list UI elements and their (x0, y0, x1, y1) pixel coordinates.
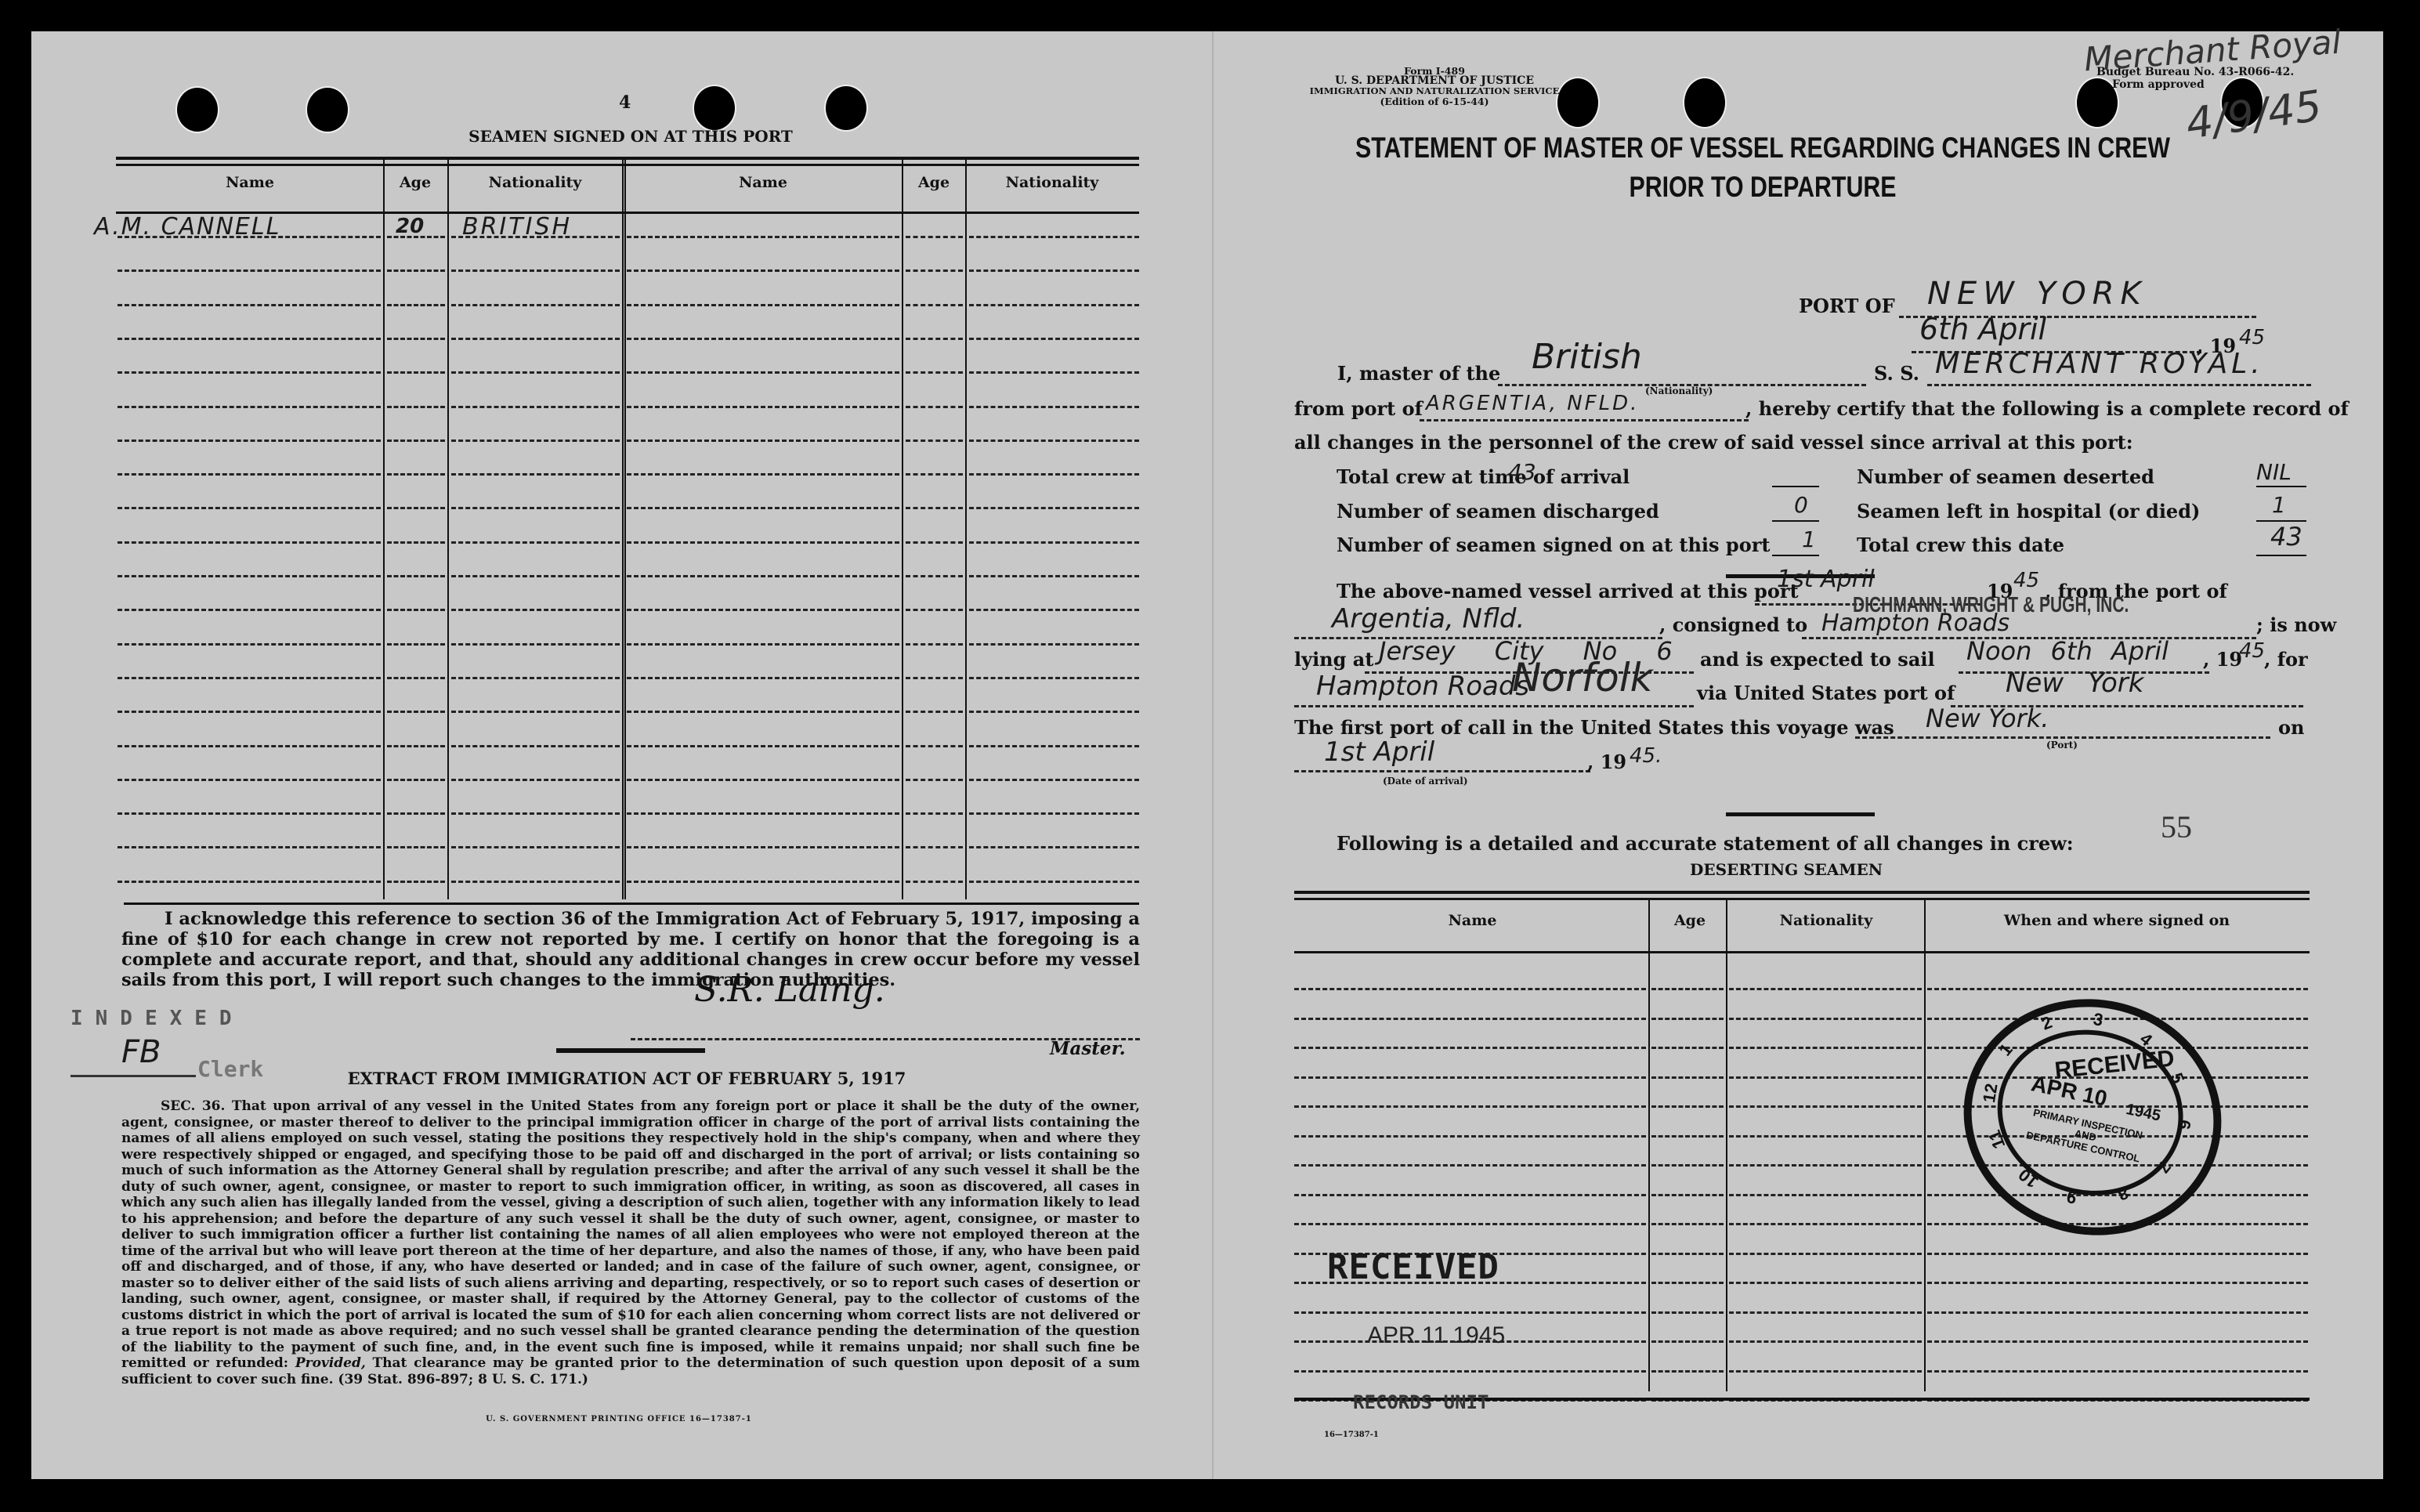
punch-hole-icon (826, 86, 866, 130)
date-value: 6th April (1919, 312, 2046, 346)
row-rule (627, 609, 899, 611)
sail-label: and is expected to sail (1700, 648, 1935, 671)
edition: (Edition of 6-15-44) (1297, 96, 1572, 107)
row-rule (451, 677, 620, 679)
column-header-nationality-2: Nationality (967, 174, 1138, 191)
row-rule (969, 406, 1139, 408)
table-bottom-rule (124, 902, 1139, 905)
sail-year-prefix: , 19 (2203, 648, 2242, 671)
master-label: Master. (1050, 1038, 1126, 1059)
destination-value: Hampton Roads (1316, 671, 1529, 702)
master-signature: S.R. Laing. (694, 970, 885, 1010)
via-value: New York (2006, 667, 2143, 699)
ss-label: S. S. (1874, 362, 1919, 385)
row-rule (451, 269, 620, 272)
first-port-value: New York. (1926, 704, 2049, 733)
row-rule (1927, 988, 2308, 990)
row-rule (118, 338, 381, 340)
ring-number: 2 (2039, 1012, 2056, 1035)
date-caption: (Date of arrival) (1383, 776, 1468, 787)
row-rule (969, 812, 1139, 815)
row-rule (1651, 1340, 1724, 1343)
printer-line: U. S. GOVERNMENT PRINTING OFFICE 16—1738… (415, 1415, 823, 1423)
form-header: Form I-489 U. S. DEPARTMENT OF JUSTICE I… (1297, 66, 1572, 107)
row-rule (627, 338, 899, 340)
ring-number: 8 (2114, 1181, 2131, 1204)
row-rule (1651, 1105, 1724, 1108)
certify-text-2: all changes in the personnel of the crew… (1294, 431, 2133, 454)
row-rule (906, 812, 963, 815)
row-rule (1729, 1164, 1922, 1167)
field-line (2256, 555, 2306, 556)
stat-label-signed-on: Number of seamen signed on at this port (1337, 534, 1770, 556)
row-rule (1294, 1105, 1646, 1108)
row-rule (1729, 988, 1922, 990)
ring-number: 3 (2092, 1009, 2104, 1031)
punch-hole-icon (177, 88, 218, 132)
extract-provided: Provided, (295, 1355, 366, 1371)
stat-value-discharged: 0 (1794, 492, 1808, 518)
stat-label-total-arrival: Total crew at time of arrival (1337, 465, 1630, 488)
column-divider (1648, 898, 1650, 1391)
sail-year: 45 (2239, 639, 2265, 663)
ring-number: 9 (2065, 1186, 2078, 1208)
row-rule (1927, 1311, 2308, 1314)
row-rule (1294, 1018, 1646, 1020)
port-value: NEW YORK (1927, 276, 2147, 312)
row-rule (627, 236, 899, 238)
row-rule (451, 406, 620, 408)
row-rule (969, 745, 1139, 747)
master-label: I, master of the (1337, 362, 1500, 385)
clerk-initials: FB (121, 1034, 161, 1070)
stat-value-total-date: 43 (2270, 522, 2302, 552)
acknowledgement-paragraph: I acknowledge this reference to section … (121, 909, 1140, 990)
stamped-page-number: 55 (2161, 808, 2192, 845)
row-rule (1729, 1135, 1922, 1138)
field-line (1855, 736, 2270, 739)
nationality-caption: (Nationality) (1645, 385, 1713, 396)
via-label: via United States port of (1697, 682, 1955, 704)
row-rule (387, 473, 445, 476)
row-rule (118, 846, 381, 848)
column-header-when-where: When and where signed on (1925, 912, 2309, 929)
table-row-name: A.M. CANNELL (94, 213, 280, 241)
row-rule (1729, 1311, 1922, 1314)
row-rule (1651, 1370, 1724, 1373)
row-rule (1651, 1047, 1724, 1049)
row-rule (1651, 1223, 1724, 1225)
row-rule (906, 269, 963, 272)
received-stamp-date: APR 11 1945 (1367, 1322, 1505, 1349)
following-text: Following is a detailed and accurate sta… (1337, 832, 2074, 855)
row-rule (906, 541, 963, 544)
row-rule (627, 575, 899, 577)
deserting-table-top-rule (1294, 891, 2310, 900)
row-rule (906, 473, 963, 476)
column-divider (383, 160, 385, 899)
stat-label-discharged: Number of seamen discharged (1337, 500, 1659, 523)
field-line (2256, 486, 2306, 487)
ring-number: 1 (1995, 1040, 2017, 1060)
row-rule (1651, 988, 1724, 990)
punch-hole-icon (694, 86, 735, 130)
row-rule (387, 846, 445, 848)
printer-line-right: 16—17387-1 (1324, 1431, 1379, 1439)
row-rule (387, 338, 445, 340)
row-rule (969, 371, 1139, 374)
row-rule (906, 236, 963, 238)
from-port-value: ARGENTIA, NFLD. (1426, 392, 1639, 415)
row-rule (627, 745, 899, 747)
row-rule (118, 406, 381, 408)
row-rule (118, 677, 381, 679)
row-rule (906, 779, 963, 781)
row-rule (1294, 1311, 1646, 1314)
row-rule (387, 745, 445, 747)
extract-title: EXTRACT FROM IMMIGRATION ACT OF FEBRUARY… (345, 1069, 909, 1088)
row-rule (969, 846, 1139, 848)
row-rule (627, 406, 899, 408)
row-rule (969, 711, 1139, 713)
field-line (1294, 705, 1694, 707)
row-rule (1729, 1018, 1922, 1020)
title-line-1: STATEMENT OF MASTER OF VESSEL REGARDING … (1345, 132, 2180, 165)
row-rule (387, 371, 445, 374)
ring-number: 10 (2015, 1163, 2042, 1192)
first-arrival-date: 1st April (1324, 736, 1434, 768)
column-header-nationality: Nationality (1729, 912, 1923, 929)
row-rule (627, 439, 899, 442)
row-rule (1729, 1194, 1922, 1196)
port-label: PORT OF (1799, 295, 1895, 317)
row-rule (906, 881, 963, 883)
row-rule (906, 643, 963, 646)
row-rule (969, 609, 1139, 611)
records-unit-stamp: RECORDS UNIT (1353, 1391, 1489, 1413)
section-title: SEAMEN SIGNED ON AT THIS PORT (458, 127, 803, 146)
row-rule (387, 439, 445, 442)
field-line (1772, 486, 1819, 487)
row-rule (627, 677, 899, 679)
row-rule (1927, 1370, 2308, 1373)
row-rule (451, 304, 620, 306)
row-rule (451, 473, 620, 476)
column-header-age: Age (384, 174, 447, 191)
row-rule (969, 236, 1139, 238)
stat-value-deserted: NIL (2256, 459, 2292, 485)
row-rule (1294, 1223, 1646, 1225)
row-rule (451, 643, 620, 646)
row-rule (1729, 1370, 1922, 1373)
row-rule (118, 575, 381, 577)
row-rule (1729, 1076, 1922, 1079)
consignee-handwritten: Hampton Roads (1821, 610, 2009, 637)
row-rule (627, 779, 899, 781)
column-divider (1924, 898, 1926, 1391)
row-rule (969, 304, 1139, 306)
row-rule (451, 745, 620, 747)
clerk-line (71, 1075, 196, 1077)
field-line (1294, 770, 1590, 772)
divider (556, 1048, 705, 1053)
row-rule (387, 406, 445, 408)
row-rule (387, 269, 445, 272)
row-rule (627, 643, 899, 646)
row-rule (451, 507, 620, 509)
row-rule (1927, 1282, 2308, 1284)
row-rule (969, 541, 1139, 544)
row-rule (906, 745, 963, 747)
arrived-year: 45 (2013, 569, 2039, 592)
row-rule (906, 575, 963, 577)
row-rule (118, 745, 381, 747)
certify-text: , hereby certify that the following is a… (1745, 397, 2349, 420)
port-caption: (Port) (2046, 740, 2078, 751)
row-rule (1294, 988, 1646, 990)
ring-number: 11 (1984, 1127, 2009, 1152)
row-rule (387, 812, 445, 815)
field-line (1927, 384, 2311, 386)
row-rule (387, 575, 445, 577)
row-rule (969, 439, 1139, 442)
row-rule (451, 541, 620, 544)
row-rule (387, 881, 445, 883)
row-rule (627, 507, 899, 509)
row-rule (118, 371, 381, 374)
column-header-nationality: Nationality (448, 174, 622, 191)
column-header-name: Name (118, 174, 382, 191)
row-rule (387, 304, 445, 306)
row-rule (118, 812, 381, 815)
row-rule (969, 677, 1139, 679)
row-rule (118, 304, 381, 306)
row-rule (969, 338, 1139, 340)
row-rule (451, 439, 620, 442)
row-rule (906, 304, 963, 306)
title-line-2: PRIOR TO DEPARTURE (1345, 171, 2180, 204)
row-rule (627, 812, 899, 815)
deserting-title: DESERTING SEAMEN (1645, 860, 1927, 879)
ring-number: 6 (2173, 1118, 2195, 1130)
lying-label: lying at (1294, 648, 1373, 671)
field-line (1772, 555, 1819, 556)
row-rule (387, 507, 445, 509)
arrival-from-port: Argentia, Nfld. (1332, 603, 1525, 635)
row-rule (906, 609, 963, 611)
extract-text: SEC. 36. That upon arrival of any vessel… (121, 1098, 1140, 1371)
row-rule (1651, 1018, 1724, 1020)
row-rule (969, 881, 1139, 883)
from-port-label: from port of (1294, 397, 1423, 420)
column-divider (965, 160, 967, 899)
row-rule (1294, 1194, 1646, 1196)
arrival-label: The above-named vessel arrived at this p… (1337, 580, 1799, 602)
is-now-label: ; is now (2256, 613, 2336, 636)
row-rule (906, 677, 963, 679)
row-rule (118, 439, 381, 442)
row-rule (1927, 1340, 2308, 1343)
row-rule (451, 575, 620, 577)
column-header-name-2: Name (625, 174, 901, 191)
header-rule (1294, 951, 2310, 953)
received-stamp-title: RECEIVED (1327, 1247, 1499, 1287)
row-rule (1294, 1135, 1646, 1138)
field-line (1772, 520, 1819, 522)
row-rule (1651, 1282, 1724, 1284)
table-top-rule (116, 157, 1139, 166)
punch-hole-icon (307, 88, 348, 132)
row-rule (451, 881, 620, 883)
row-rule (627, 541, 899, 544)
row-rule (969, 507, 1139, 509)
row-rule (387, 779, 445, 781)
extract-body: SEC. 36. That upon arrival of any vessel… (121, 1098, 1140, 1387)
row-rule (118, 881, 381, 883)
row-rule (969, 643, 1139, 646)
row-rule (387, 643, 445, 646)
row-rule (969, 473, 1139, 476)
row-rule (906, 439, 963, 442)
year-value: 45 (2239, 326, 2265, 349)
row-rule (1651, 1194, 1724, 1196)
row-rule (1651, 1253, 1724, 1255)
row-rule (627, 846, 899, 848)
row-rule (1651, 1135, 1724, 1138)
row-rule (627, 371, 899, 374)
row-rule (1294, 1370, 1646, 1373)
row-rule (969, 575, 1139, 577)
punch-hole-icon (1684, 78, 1725, 127)
form-title: STATEMENT OF MASTER OF VESSEL REGARDING … (1253, 132, 2272, 204)
page-number: 4 (619, 92, 631, 113)
row-rule (1294, 1164, 1646, 1167)
divider (1726, 812, 1875, 816)
stat-label-deserted: Number of seamen deserted (1857, 465, 2154, 488)
stat-value-total-arrival: 43 (1508, 459, 1536, 485)
nationality-value: British (1532, 337, 1642, 377)
row-rule (906, 406, 963, 408)
row-rule (1729, 1105, 1922, 1108)
row-rule (1729, 1047, 1922, 1049)
column-header-name: Name (1294, 912, 1651, 929)
row-rule (387, 541, 445, 544)
stat-label-hospital: Seamen left in hospital (or died) (1857, 500, 2200, 523)
column-header-age: Age (1652, 912, 1727, 929)
ship-name: MERCHANT ROYAL. (1935, 348, 2264, 380)
consigned-label: , consigned to (1659, 613, 1807, 636)
row-rule (387, 609, 445, 611)
row-rule (906, 507, 963, 509)
row-rule (451, 846, 620, 848)
row-rule (906, 711, 963, 713)
row-rule (387, 711, 445, 713)
row-rule (906, 371, 963, 374)
row-rule (627, 881, 899, 883)
row-rule (1729, 1340, 1922, 1343)
table-row-age: 20 (396, 215, 424, 238)
row-rule (118, 541, 381, 544)
column-header-age-2: Age (903, 174, 965, 191)
row-rule (1729, 1253, 1922, 1255)
row-rule (1294, 1076, 1646, 1079)
row-rule (627, 304, 899, 306)
row-rule (451, 779, 620, 781)
row-rule (118, 779, 381, 781)
row-rule (451, 711, 620, 713)
first-port-label: The first port of call in the United Sta… (1294, 716, 1894, 739)
row-rule (969, 269, 1139, 272)
sail-value: Noon 6th April (1966, 636, 2169, 666)
on-label: on (2278, 716, 2304, 739)
row-rule (118, 473, 381, 476)
stat-label-total-date: Total crew this date (1857, 534, 2064, 556)
row-rule (451, 609, 620, 611)
row-rule (1729, 1223, 1922, 1225)
indexed-stamp: INDEXED (71, 1007, 244, 1030)
column-divider (447, 160, 449, 899)
row-rule (1729, 1282, 1922, 1284)
row-rule (906, 846, 963, 848)
row-rule (627, 711, 899, 713)
row-rule (1651, 1076, 1724, 1079)
row-rule (906, 338, 963, 340)
arrived-date: 1st April (1777, 566, 1875, 593)
row-rule (451, 371, 620, 374)
page-fold (1212, 31, 1214, 1479)
stat-value-hospital: 1 (2272, 492, 2286, 518)
row-rule (969, 779, 1139, 781)
for-label: , for (2264, 648, 2308, 671)
column-divider (1726, 898, 1727, 1391)
ring-number: 12 (1979, 1082, 2002, 1104)
row-rule (118, 609, 381, 611)
table-row-nationality: BRITISH (462, 213, 572, 241)
row-rule (627, 269, 899, 272)
row-rule (118, 643, 381, 646)
row-rule (118, 269, 381, 272)
row-rule (1651, 1311, 1724, 1314)
ring-number: 7 (2153, 1156, 2175, 1177)
row-rule (1651, 1164, 1724, 1167)
first-year-prefix: , 19 (1587, 751, 1626, 773)
column-divider (622, 160, 626, 899)
row-rule (387, 677, 445, 679)
row-rule (451, 338, 620, 340)
row-rule (451, 812, 620, 815)
row-rule (1294, 1047, 1646, 1049)
field-line (1420, 419, 1749, 421)
row-rule (118, 711, 381, 713)
row-rule (1927, 1253, 2308, 1255)
clerk-label: Clerk (197, 1056, 263, 1082)
stat-value-signed-on: 1 (1802, 526, 1816, 552)
row-rule (627, 473, 899, 476)
column-divider (902, 160, 903, 899)
row-rule (118, 507, 381, 509)
destination-overwrite: Norfolk (1512, 655, 1653, 700)
first-year: 45. (1630, 744, 1662, 768)
